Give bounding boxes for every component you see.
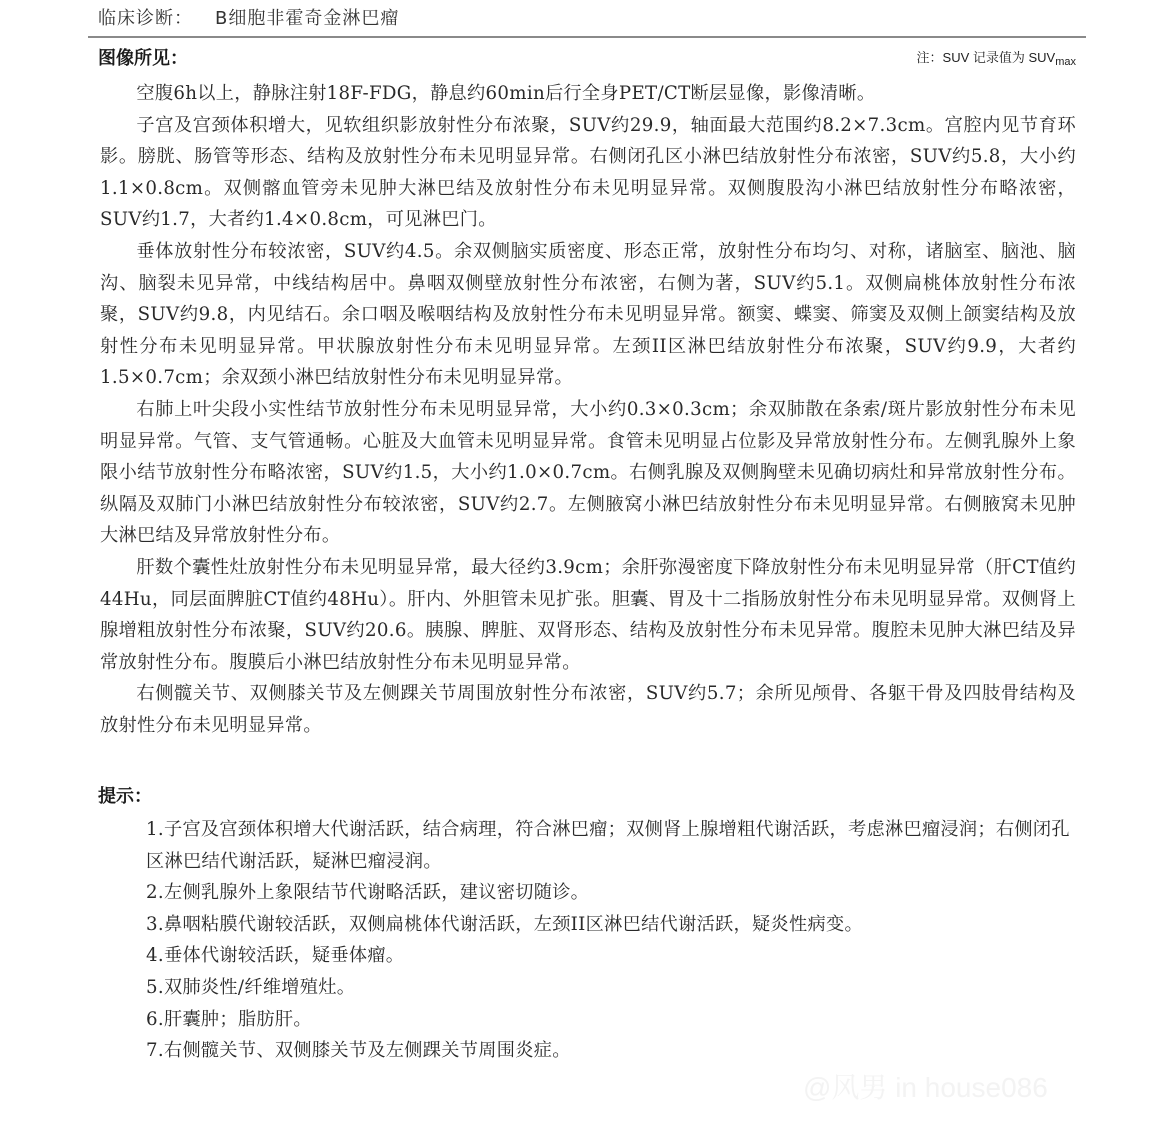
clinical-diagnosis: 临床诊断：B细胞非霍奇金淋巴瘤 [98,4,399,30]
diagnosis-label: 临床诊断： [98,8,193,29]
suv-note: 注：SUV 记录值为 SUVmax [917,47,1076,68]
hint-item: 1.子宫及宫颈体积增大代谢活跃，结合病理，符合淋巴瘤；双侧肾上腺增粗代谢活跃，考… [146,814,1086,877]
hints-title: 提示： [98,782,152,808]
watermark: @风男 in house086 [803,1066,1048,1106]
findings-paragraph: 右肺上叶尖段小实性结节放射性分布未见明显异常，大小约0.3×0.3cm；余双肺散… [100,394,1076,552]
findings-paragraph: 右侧髋关节、双侧膝关节及左侧踝关节周围放射性分布浓密，SUV约5.7；余所见颅骨… [100,678,1076,741]
hint-item: 5.双肺炎性/纤维增殖灶。 [146,972,1086,1004]
hint-item: 4.垂体代谢较活跃，疑垂体瘤。 [146,940,1086,972]
suv-note-text: 注：SUV 记录值为 SUV [917,50,1056,65]
suv-note-subscript: max [1055,56,1076,68]
hints-list: 1.子宫及宫颈体积增大代谢活跃，结合病理，符合淋巴瘤；双侧肾上腺增粗代谢活跃，考… [146,814,1086,1067]
findings-title: 图像所见： [98,44,188,70]
header-divider [88,36,1086,38]
diagnosis-value: B细胞非霍奇金淋巴瘤 [215,8,399,29]
hint-item: 2.左侧乳腺外上象限结节代谢略活跃，建议密切随诊。 [146,877,1086,909]
hint-item: 7.右侧髋关节、双侧膝关节及左侧踝关节周围炎症。 [146,1035,1086,1067]
findings-paragraph: 垂体放射性分布较浓密，SUV约4.5。余双侧脑实质密度、形态正常，放射性分布均匀… [100,236,1076,394]
findings-paragraph: 空腹6h以上，静脉注射18F-FDG，静息约60min后行全身PET/CT断层显… [100,78,1076,110]
hint-item: 3.鼻咽粘膜代谢较活跃，双侧扁桃体代谢活跃，左颈II区淋巴结代谢活跃，疑炎性病变… [146,909,1086,941]
hint-item: 6.肝囊肿；脂肪肝。 [146,1004,1086,1036]
findings-paragraph: 子宫及宫颈体积增大，见软组织影放射性分布浓聚，SUV约29.9，轴面最大范围约8… [100,110,1076,236]
findings-paragraph: 肝数个囊性灶放射性分布未见明显异常，最大径约3.9cm；余肝弥漫密度下降放射性分… [100,552,1076,678]
findings-body: 空腹6h以上，静脉注射18F-FDG，静息约60min后行全身PET/CT断层显… [100,78,1076,741]
